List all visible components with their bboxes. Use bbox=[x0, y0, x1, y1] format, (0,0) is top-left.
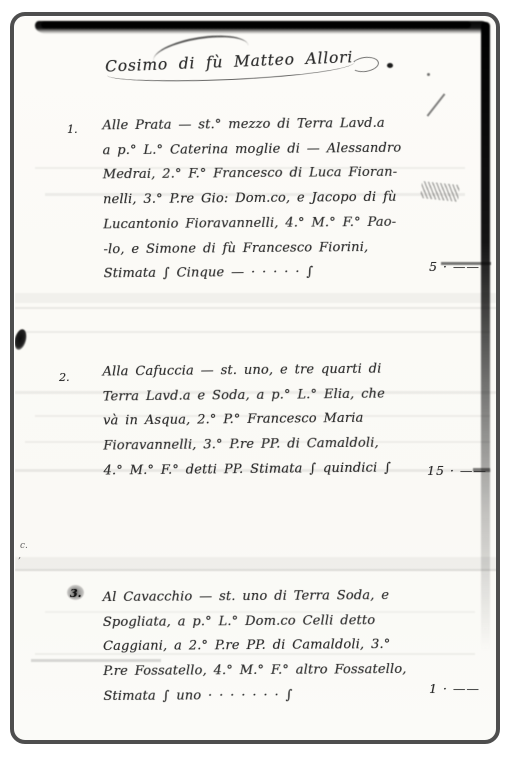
screenshot-root: c. ’ Cosimo di fù Matteo Allori 1. Alle … bbox=[0, 0, 512, 760]
viewer-frame bbox=[10, 12, 500, 744]
